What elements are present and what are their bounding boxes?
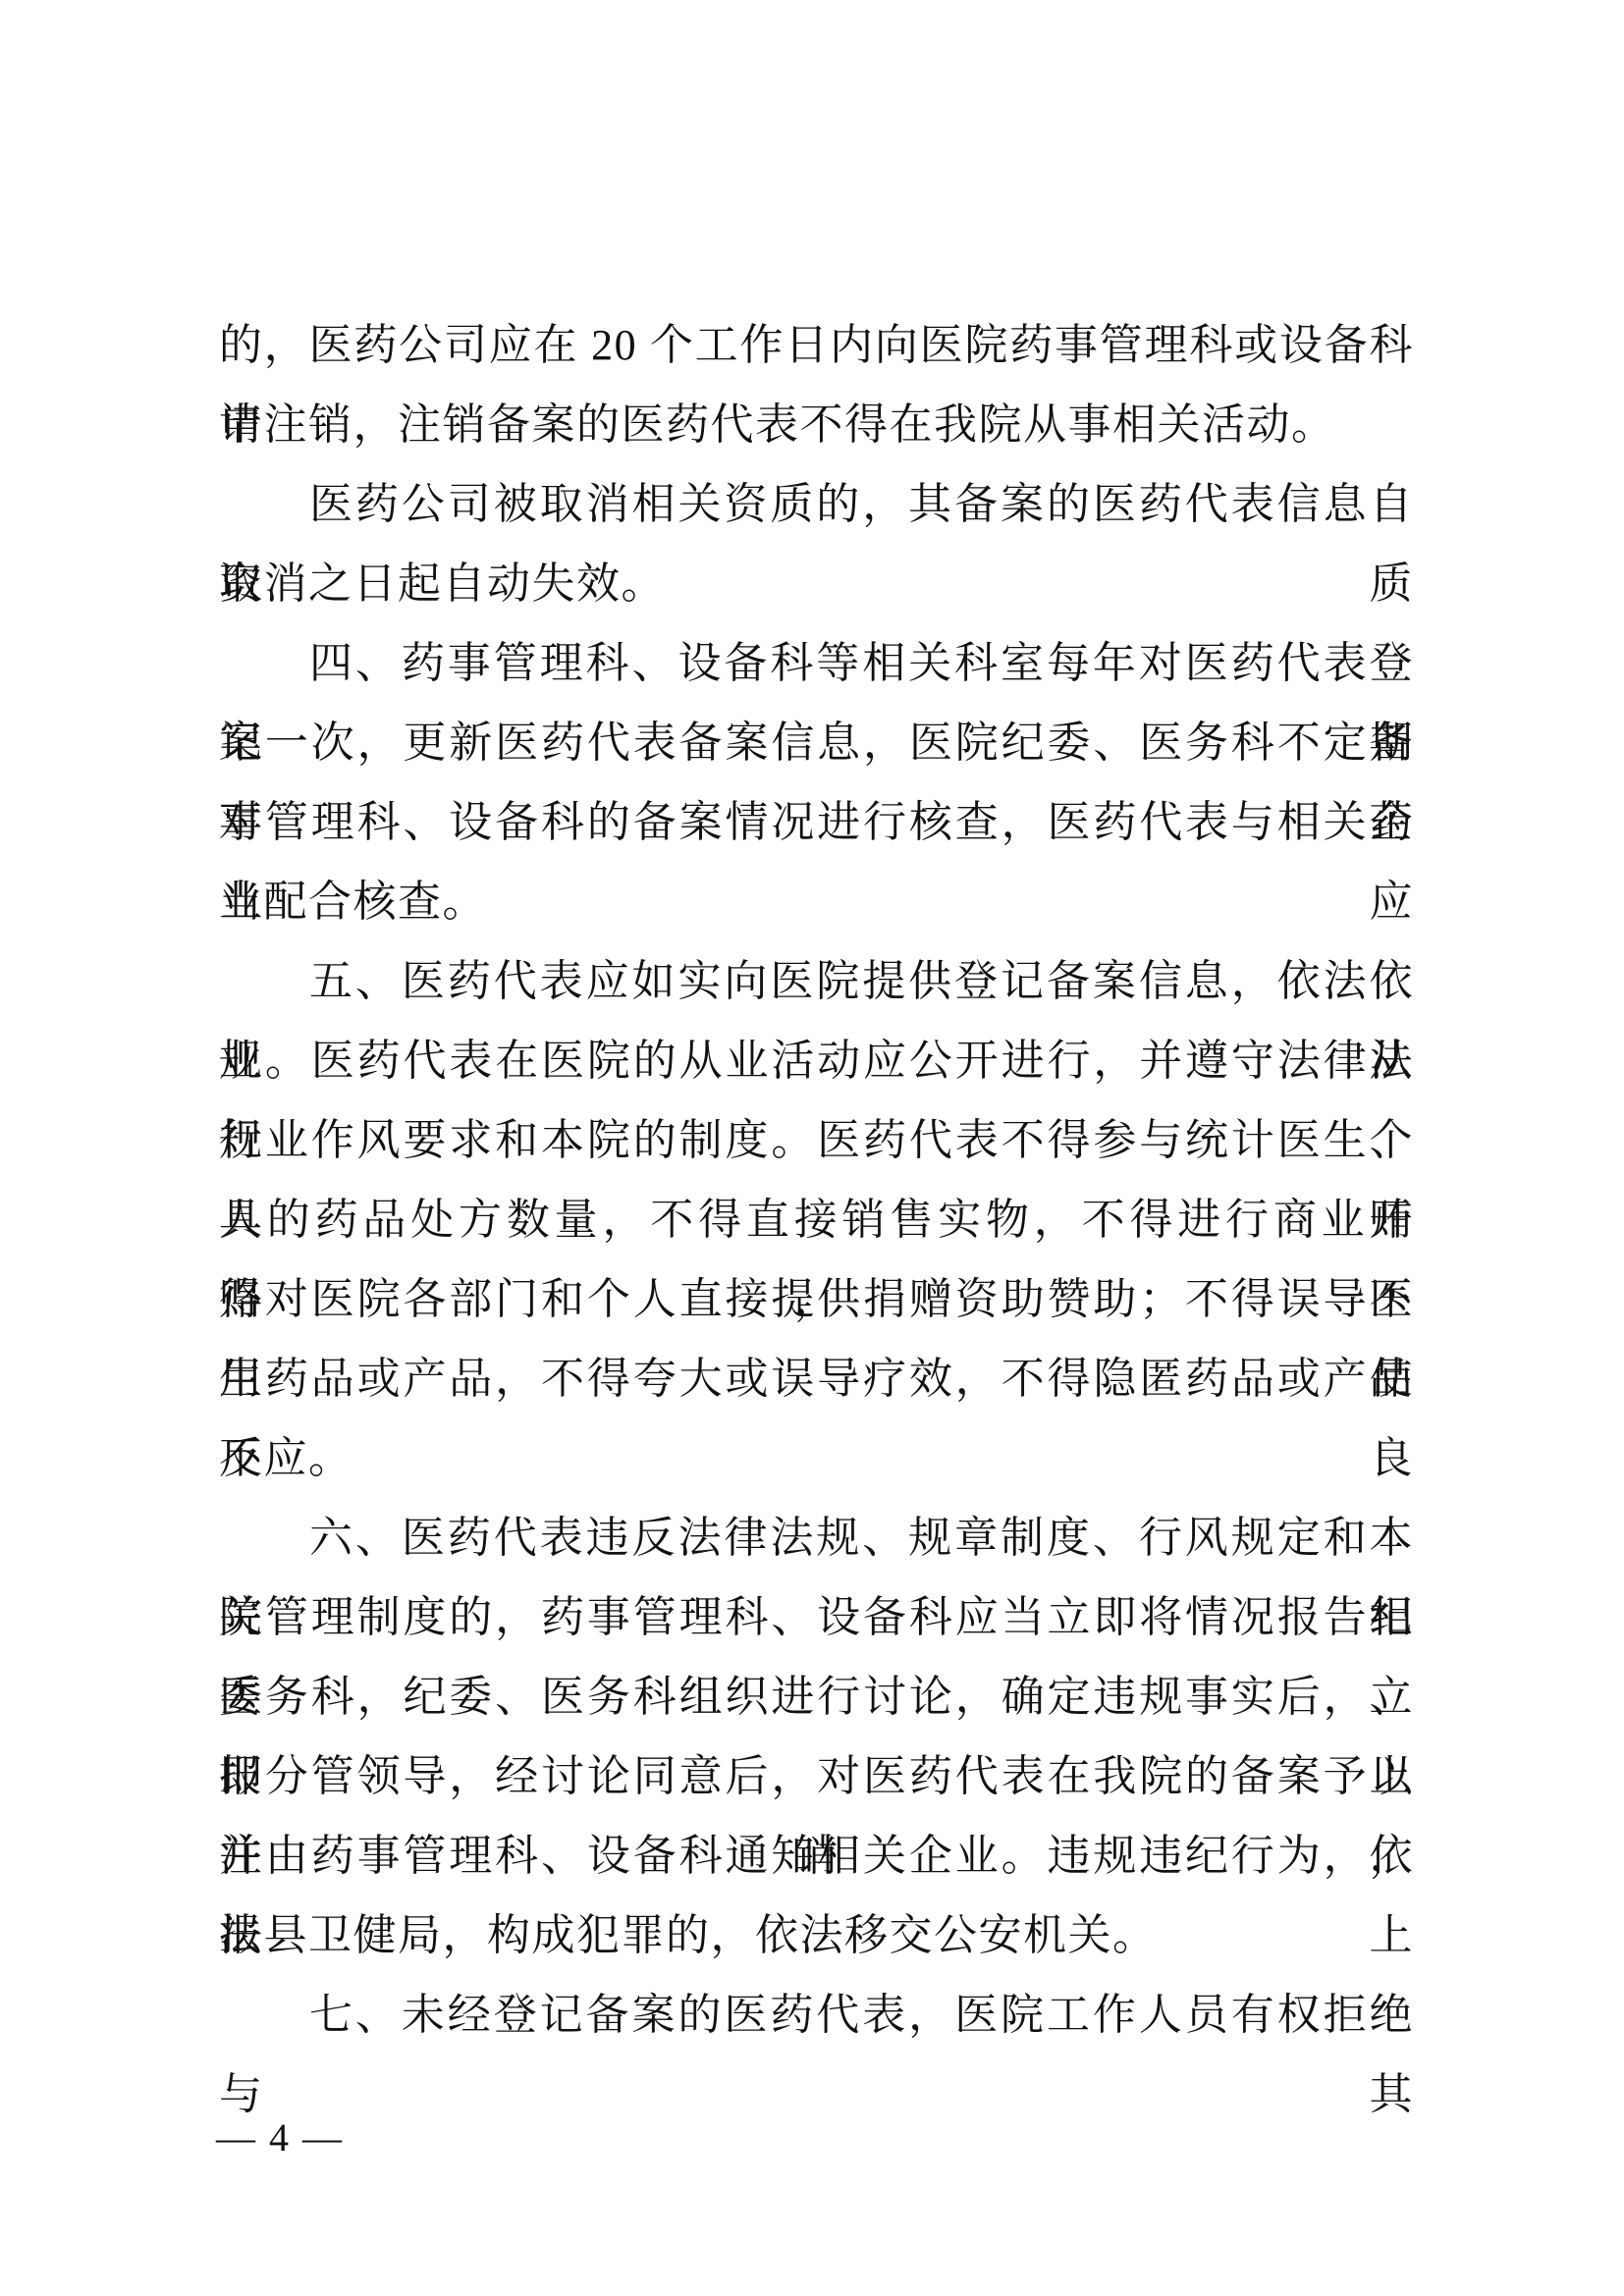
body-line: 业。医药代表在医院的从业活动应公开进行，并遵守法律法规、 <box>219 1021 1414 1100</box>
page-number: — 4 — <box>216 2118 344 2158</box>
body-line: 六、医药代表违反法律法规、规章制度、行风规定和本院相 <box>219 1498 1414 1577</box>
body-line: 用药品或产品，不得夸大或误导疗效，不得隐匿药品或产品不良 <box>219 1339 1414 1418</box>
document-body: 的，医药公司应在 20 个工作日内向医院药事管理科或设备科申请注销，注销备案的医… <box>219 305 1414 2055</box>
document-page: 的，医药公司应在 20 个工作日内向医院药事管理科或设备科申请注销，注销备案的医… <box>0 0 1624 2296</box>
body-line: 五、医药代表应如实向医院提供登记备案信息，依法依规从 <box>219 941 1414 1021</box>
body-line: 请注销，注销备案的医药代表不得在我院从事相关活动。 <box>219 385 1414 464</box>
body-line: 关管理制度的，药事管理科、设备科应当立即将情况报告纪委、 <box>219 1577 1414 1657</box>
body-line: 具的药品处方数量，不得直接销售实物，不得进行商业贿赂，不 <box>219 1180 1414 1259</box>
body-line: 的，医药公司应在 20 个工作日内向医院药事管理科或设备科申 <box>219 305 1414 385</box>
body-line: 医药公司被取消相关资质的，其备案的医药代表信息自资质 <box>219 464 1414 544</box>
body-line: 报分管领导，经讨论同意后，对医药代表在我院的备案予以注销， <box>219 1736 1414 1816</box>
body-line: 得对医院各部门和个人直接提供捐赠资助赞助；不得误导医生使 <box>219 1259 1414 1339</box>
body-line: 事管理科、设备科的备案情况进行核查，医药代表与相关企业应 <box>219 782 1414 862</box>
body-line: 医务科，纪委、医务科组织进行讨论，确定违规事实后，立即上 <box>219 1657 1414 1736</box>
body-line: 并由药事管理科、设备科通知相关企业。违规违纪行为，依法上 <box>219 1816 1414 1896</box>
body-line: 案一次，更新医药代表备案信息，医院纪委、医务科不定期对药 <box>219 703 1414 782</box>
body-line: 七、未经登记备案的医药代表，医院工作人员有权拒绝与其 <box>219 1975 1414 2055</box>
body-line: 行业作风要求和本院的制度。医药代表不得参与统计医生个人开 <box>219 1100 1414 1180</box>
body-line: 四、药事管理科、设备科等相关科室每年对医药代表登记备 <box>219 623 1414 703</box>
